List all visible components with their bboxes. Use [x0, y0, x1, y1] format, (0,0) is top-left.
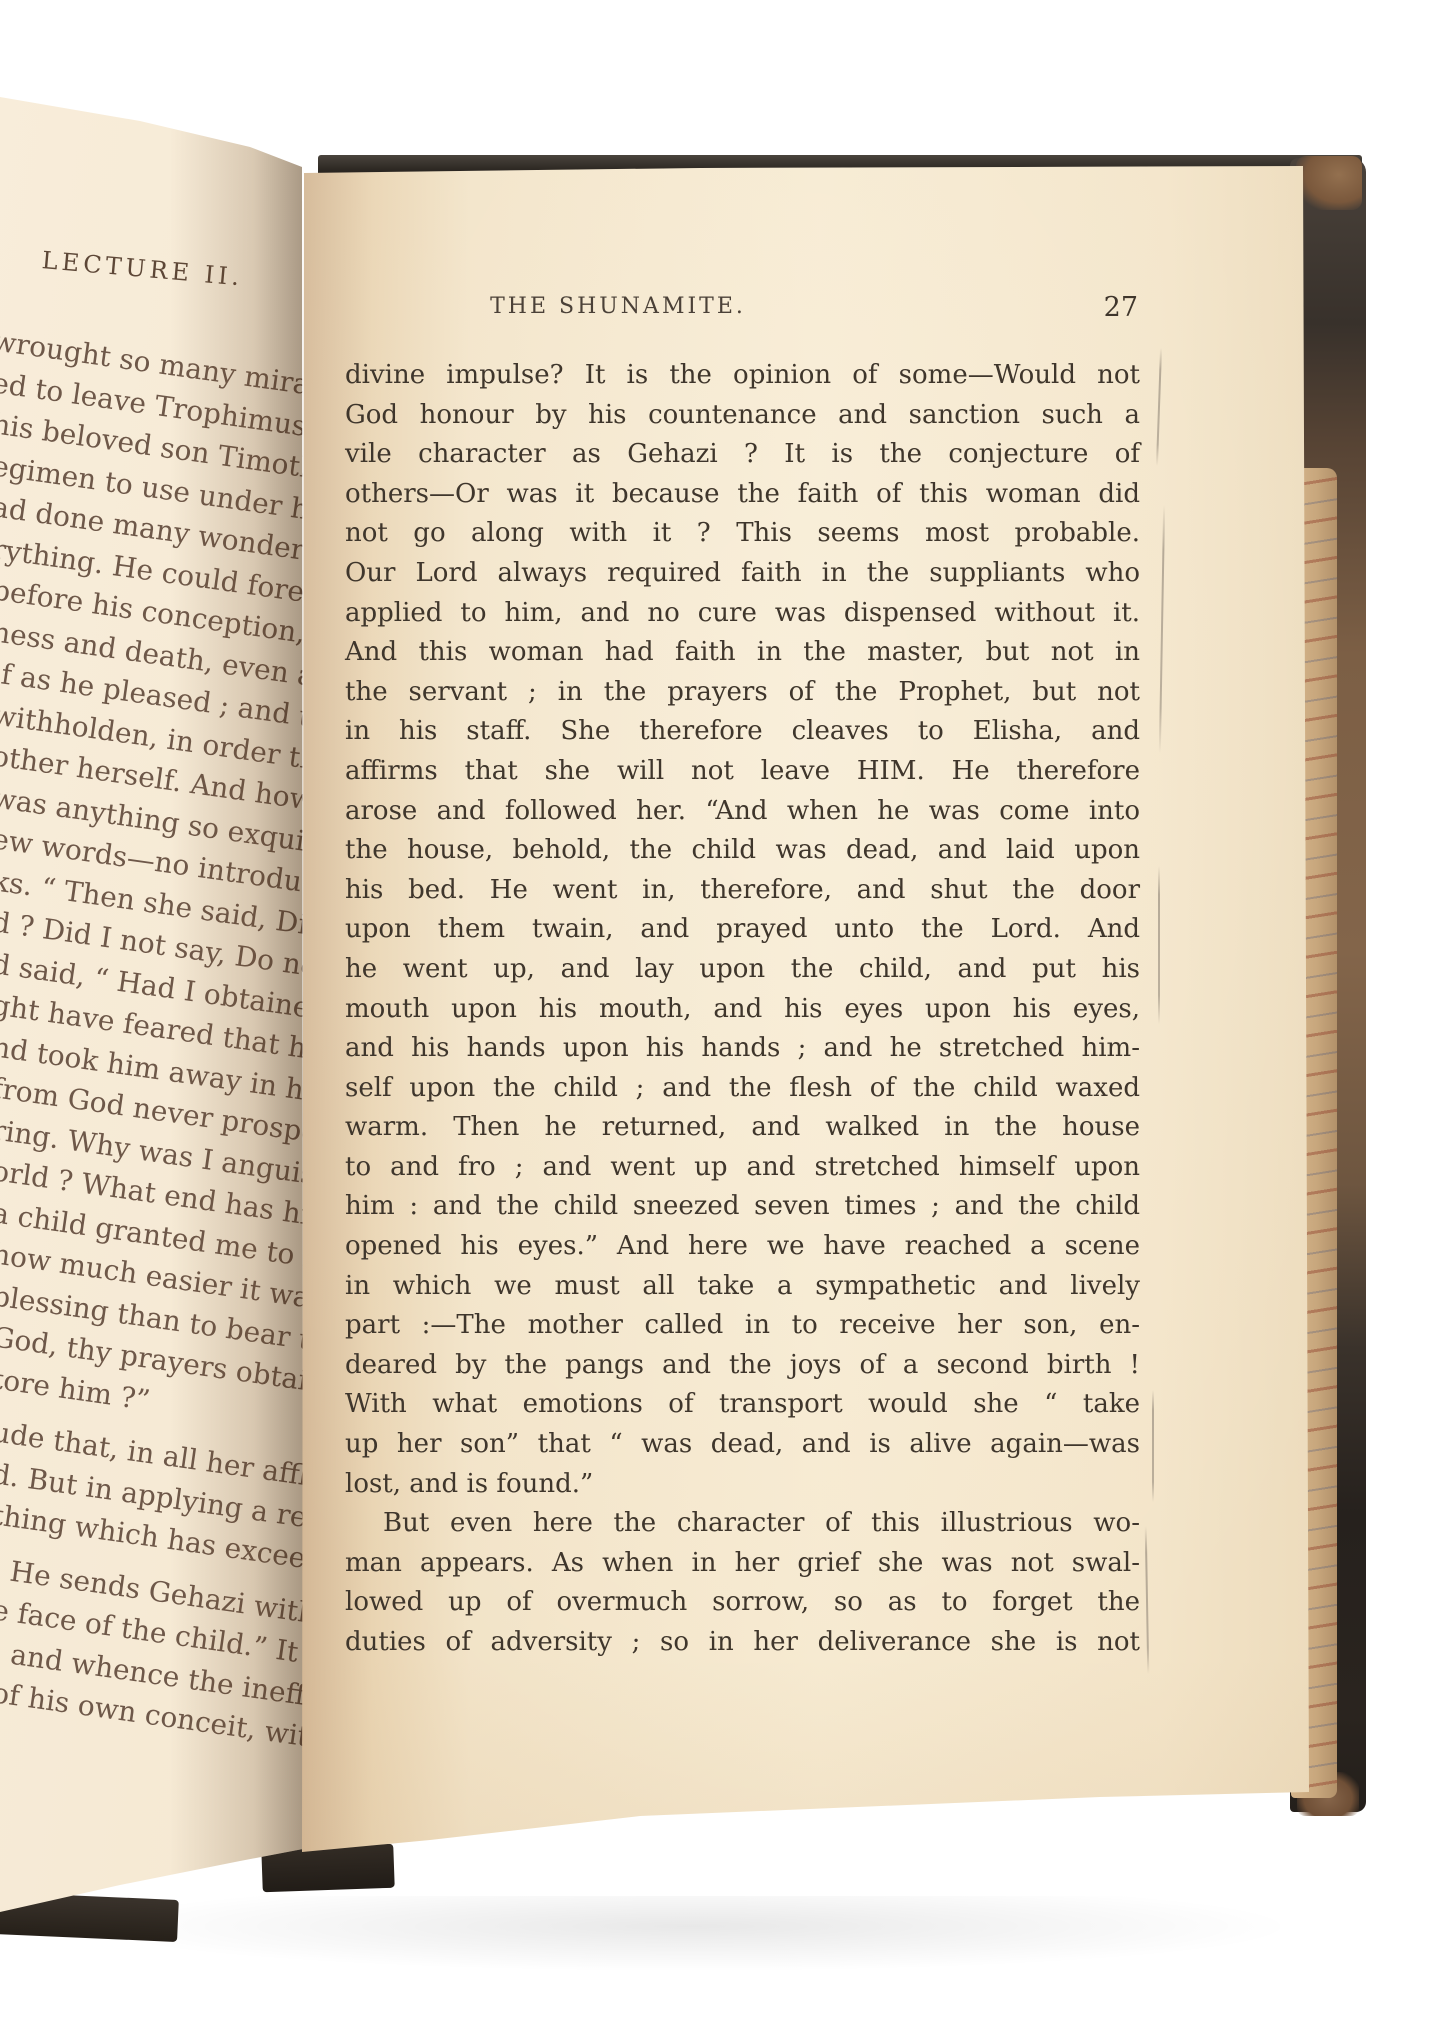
book-shadow — [80, 1896, 1300, 1972]
right-page-text-line: warm. Then he returned, and walked in th… — [345, 1108, 1140, 1148]
right-page-text-line: upon them twain, and prayed unto the Lor… — [345, 910, 1140, 950]
right-page-text-line: the house, behold, the child was dead, a… — [345, 831, 1140, 871]
right-page-text-line: lowed up of overmuch sorrow, so as to fo… — [345, 1583, 1140, 1623]
right-page-text-line: duties of adversity ; so in her delivera… — [345, 1623, 1140, 1663]
right-page-text-line: affirms that she will not leave HIM. He … — [345, 752, 1140, 792]
page-number: 27 — [1078, 292, 1138, 323]
right-page-text-line: self upon the child ; and the flesh of t… — [345, 1069, 1140, 1109]
right-page-running-head: THE SHUNAMITE. — [468, 294, 768, 319]
right-page-text-line: others—Or was it because the faith of th… — [345, 475, 1140, 515]
right-page-text-line: mouth upon his mouth, and his eyes upon … — [345, 990, 1140, 1030]
right-page-text-line: and his hands upon his hands ; and he st… — [345, 1029, 1140, 1069]
right-page-text-line: And this woman had faith in the master, … — [345, 633, 1140, 673]
right-page-text-line: applied to him, and no cure was dispense… — [345, 594, 1140, 634]
right-page-text-line: not go along with it ? This seems most p… — [345, 514, 1140, 554]
right-page-text-line: Our Lord always required faith in the su… — [345, 554, 1140, 594]
open-book-photo: LECTURE II. wrought so many miracles ied… — [0, 0, 1445, 2023]
right-page-text-line: up her son” that “ was dead, and is aliv… — [345, 1425, 1140, 1465]
cover-worn-corner-top — [1296, 156, 1362, 210]
right-page-text-line: him : and the child sneezed seven times … — [345, 1187, 1140, 1227]
right-page-text-line: the servant ; in the prayers of the Prop… — [345, 673, 1140, 713]
right-page-text-line: he went up, and lay upon the child, and … — [345, 950, 1140, 990]
right-page-text-line: With what emotions of transport would sh… — [345, 1385, 1140, 1425]
right-page-text-line: divine impulse? It is the opinion of som… — [345, 356, 1140, 396]
pencil-margin-mark — [1158, 866, 1160, 1024]
right-page-text-line: man appears. As when in her grief she wa… — [345, 1544, 1140, 1584]
right-page-text-block: divine impulse? It is the opinion of som… — [345, 356, 1140, 1663]
right-page-text-line: in his staff. She therefore cleaves to E… — [345, 712, 1140, 752]
right-page-text-line: arose and followed her. “And when he was… — [345, 792, 1140, 832]
right-page-text-line: God honour by his countenance and sancti… — [345, 396, 1140, 436]
right-page-text-line: lost, and is found.” — [345, 1465, 1140, 1505]
right-page-text-line: in which we must all take a sympathetic … — [345, 1267, 1140, 1307]
pencil-margin-mark — [1152, 1390, 1154, 1502]
right-page-text-line: deared by the pangs and the joys of a se… — [345, 1346, 1140, 1386]
gutter-shadow-left — [170, 0, 305, 2023]
right-page-text-line: But even here the character of this illu… — [345, 1504, 1140, 1544]
right-page-text-line: part :—The mother called in to receive h… — [345, 1306, 1140, 1346]
right-page-text-line: to and fro ; and went up and stretched h… — [345, 1148, 1140, 1188]
right-page-text-line: his bed. He went in, therefore, and shut… — [345, 871, 1140, 911]
right-page-text-line: vile character as Gehazi ? It is the con… — [345, 435, 1140, 475]
right-page-text-line: opened his eyes.” And here we have reach… — [345, 1227, 1140, 1267]
